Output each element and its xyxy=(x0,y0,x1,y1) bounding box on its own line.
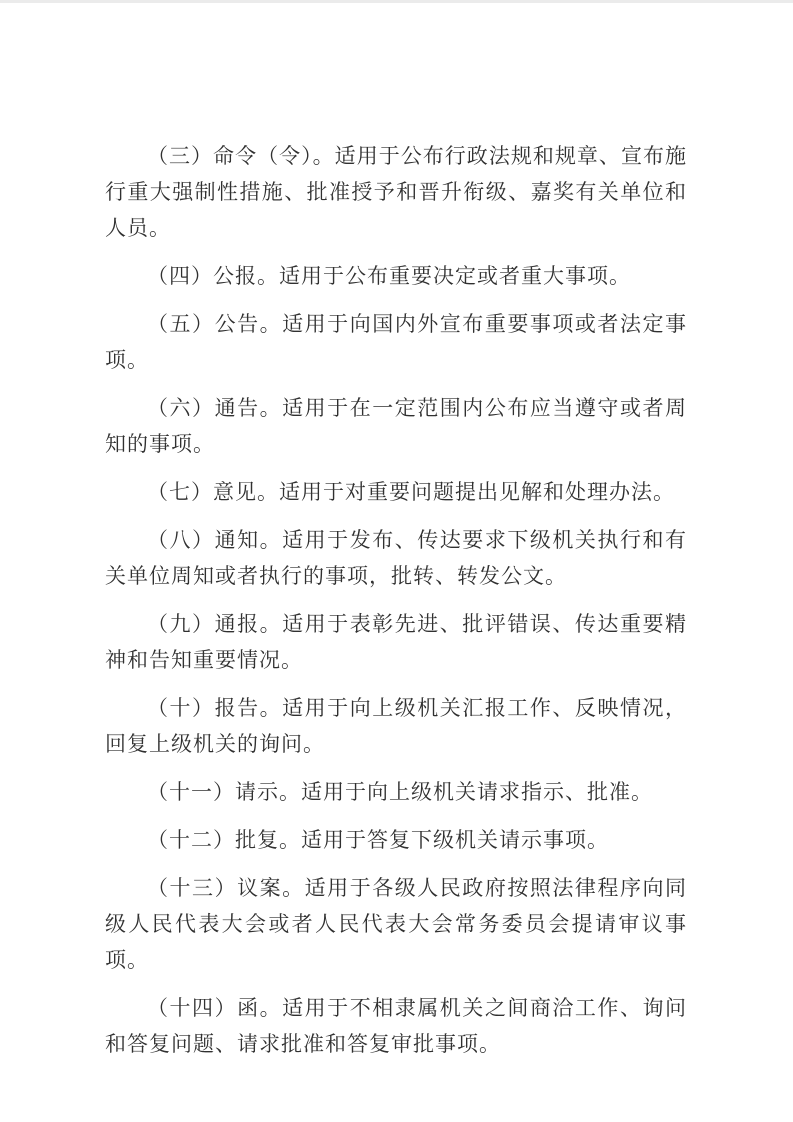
paragraph-item-3: （三）命令（令）。适用于公布行政法规和规章、宣布施行重大强制性措施、批准授予和晋… xyxy=(105,138,687,246)
paragraph-item-11: （十一）请示。适用于向上级机关请求指示、批准。 xyxy=(105,774,687,810)
paragraph-item-5: （五）公告。适用于向国内外宣布重要事项或者法定事项。 xyxy=(105,306,687,378)
paragraph-item-6: （六）通告。适用于在一定范围内公布应当遵守或者周知的事项。 xyxy=(105,390,687,462)
paragraph-item-9: （九）通报。适用于表彰先进、批评错误、传达重要精神和告知重要情况。 xyxy=(105,606,687,678)
paragraph-item-12: （十二）批复。适用于答复下级机关请示事项。 xyxy=(105,822,687,858)
paragraph-item-14: （十四）函。适用于不相隶属机关之间商洽工作、询问和答复问题、请求批准和答复审批事… xyxy=(105,990,687,1062)
paragraph-item-8: （八）通知。适用于发布、传达要求下级机关执行和有关单位周知或者执行的事项，批转、… xyxy=(105,522,687,594)
page-top-edge xyxy=(0,0,793,3)
paragraph-item-4: （四）公报。适用于公布重要决定或者重大事项。 xyxy=(105,258,687,294)
paragraph-item-10: （十）报告。适用于向上级机关汇报工作、反映情况，回复上级机关的询问。 xyxy=(105,690,687,762)
document-body: （三）命令（令）。适用于公布行政法规和规章、宣布施行重大强制性措施、批准授予和晋… xyxy=(105,138,687,1074)
paragraph-item-13: （十三）议案。适用于各级人民政府按照法律程序向同级人民代表大会或者人民代表大会常… xyxy=(105,870,687,978)
document-page: （三）命令（令）。适用于公布行政法规和规章、宣布施行重大强制性措施、批准授予和晋… xyxy=(0,0,793,1122)
paragraph-item-7: （七）意见。适用于对重要问题提出见解和处理办法。 xyxy=(105,474,687,510)
